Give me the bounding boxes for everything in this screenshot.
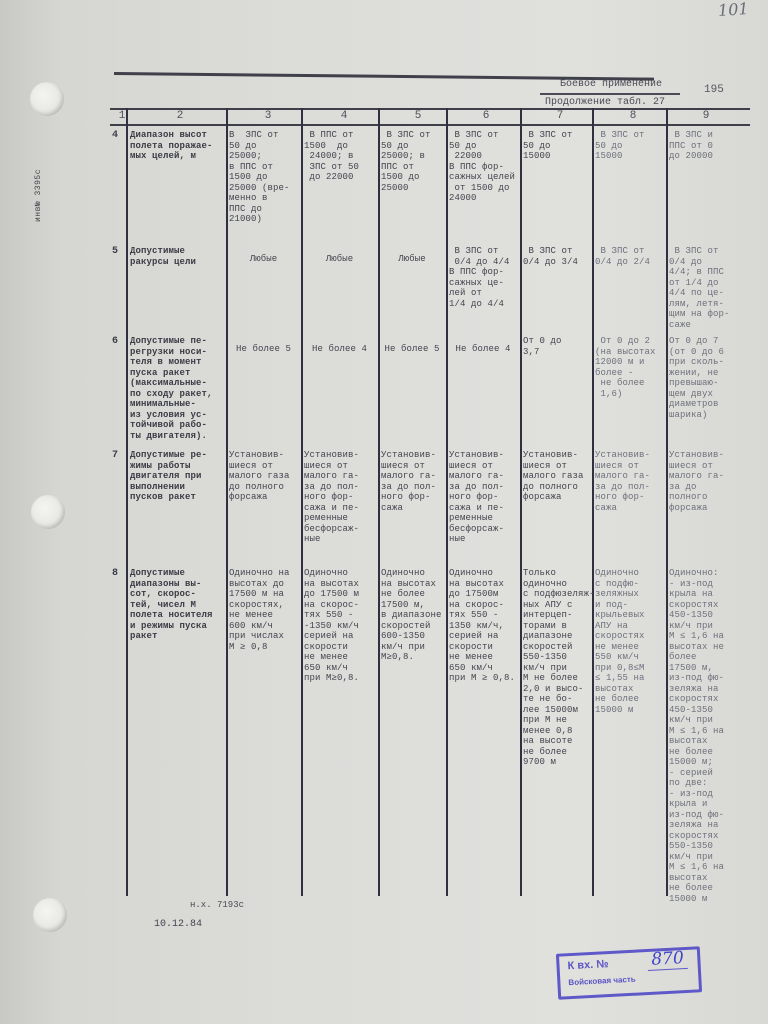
column-divider [446,108,448,896]
table-cell: В ЗПС от 50 до 25000; в ППС от 1500 до 2… [229,130,290,225]
table-cell: Установив- шиеся от малого га- за до пол… [595,450,650,513]
footer-date: 10.12.84 [154,919,202,930]
row-number: 4 [112,130,118,141]
column-divider [520,108,522,896]
table-cell: Не более 4 [449,344,517,355]
table-cell: Установив- шиеся от малого га- за до пол… [381,450,436,513]
stamp-number: 870 [647,948,688,971]
table-top-rule [110,108,750,110]
table-cell: В ППС от 1500 до 24000; в ЗПС от 50 до 2… [304,130,359,183]
archive-page-number: 101 [717,0,749,20]
table-cell: Одиночно: - из-под крыла на скоростях 45… [669,568,724,904]
table-cell: Одиночно на высотах не более 17500 м, в … [381,568,442,663]
column-divider [126,108,128,896]
table-cell: В ЗПС от 50 до 25000; в ППС от 1500 до 2… [381,130,431,193]
row-number: 7 [112,450,118,461]
table-cell: От 0 до 2 (на высотах 12000 м и более - … [595,336,656,399]
row-number: 8 [112,568,118,579]
table-cell: Установив- шиеся от малого га- за до пол… [669,450,724,513]
row-label: Допустимые пе- регрузки носи- теля в мом… [130,336,213,441]
column-number: 8 [623,110,643,122]
section-title: Боевое применение [560,79,662,90]
section-title-underline [540,93,680,95]
column-number: 7 [550,110,570,122]
table-cell: Одиночно с подфю- зеляжных и под- крылье… [595,568,645,715]
binder-hole-middle [31,495,65,529]
table-cell: От 0 до 3,7 [523,336,562,357]
row-label: Допустимые ракурсы цели [130,246,196,267]
row-label: Допустимые ре- жимы работы двигателя при… [130,450,207,503]
header-bottom-rule [110,124,750,126]
page-number: 195 [704,84,724,96]
table-cell: Только одиночно с подфюзеляж- ных АПУ с … [523,568,595,768]
column-divider [301,108,303,896]
table-cell: Установив- шиеся от малого га- за до пол… [304,450,359,545]
column-number: 2 [170,110,190,122]
table-cell: В ЗПС от 0/4 до 4/4; в ППС от 1/4 до 4/4… [669,246,730,330]
table-cell: Установив- шиеся от малого га- за до пол… [449,450,504,545]
table-cell: В ЗПС и ППС от 0 до 20000 [669,130,713,162]
column-number: 5 [408,110,428,122]
column-divider [378,108,380,896]
table-cell: В ЗПС от 50 до 15000 [523,130,573,162]
inventory-code: инв№ 3395с [34,169,43,222]
table-cell: Установив- шиеся от малого газа до полно… [523,450,584,503]
registration-stamp: К вх. № 870 Войсковая часть [556,946,702,999]
column-divider [666,108,668,896]
row-number: 6 [112,336,118,347]
table-cell: Не более 5 [381,344,443,355]
column-divider [592,108,594,896]
table-cell: Не более 4 [304,344,375,355]
document-page: 101 инв№ 3395с Боевое применение 195 Про… [0,0,768,1024]
table-cell: В ЗПС от 50 до 22000 В ППС фор- сажных ц… [449,130,515,204]
column-number: 1 [112,110,132,122]
table-cell: Любые [304,254,375,265]
column-number: 6 [476,110,496,122]
column-number: 9 [696,110,716,122]
stamp-unit: Войсковая часть [568,975,636,988]
table-cell: Одиночно на высотах до 17500 м на скорос… [229,568,290,652]
column-number: 4 [334,110,354,122]
table-cell: Любые [229,254,298,265]
table-cell: Одиночно на высотах до 17500м на скорос-… [449,568,515,684]
table-cell: В ЗПС от 50 до 15000 [595,130,645,162]
table-cell: Не более 5 [229,344,298,355]
column-divider [226,108,228,896]
row-label: Диапазон высот полета поражае- мых целей… [130,130,213,162]
table-cell: В ЗПС от 0/4 до 2/4 [595,246,650,267]
binder-hole-top [30,82,64,116]
row-number: 5 [112,246,118,257]
table-cell: Одиночно на высотах до 17500 м на скорос… [304,568,359,684]
footer-code: н.х. 7193с [190,900,244,910]
table-cell: Установив- шиеся от малого газа до полно… [229,450,290,503]
binder-hole-bottom [33,898,67,932]
table-cell: Любые [381,254,443,265]
row-label: Допустимые диапазоны вы- сот, скорос- те… [130,568,213,642]
table-cell: В ЗПС от 0/4 до 4/4 В ППС фор- сажных це… [449,246,510,309]
table-cell: В ЗПС от 0/4 до 3/4 [523,246,578,267]
table-continuation-caption: Продолжение табл. 27 [545,97,665,108]
stamp-prefix: К вх. № [567,958,609,972]
table-cell: От 0 до 7 (от 0 до 6 при сколь- жении, н… [669,336,724,420]
column-number: 3 [258,110,278,122]
